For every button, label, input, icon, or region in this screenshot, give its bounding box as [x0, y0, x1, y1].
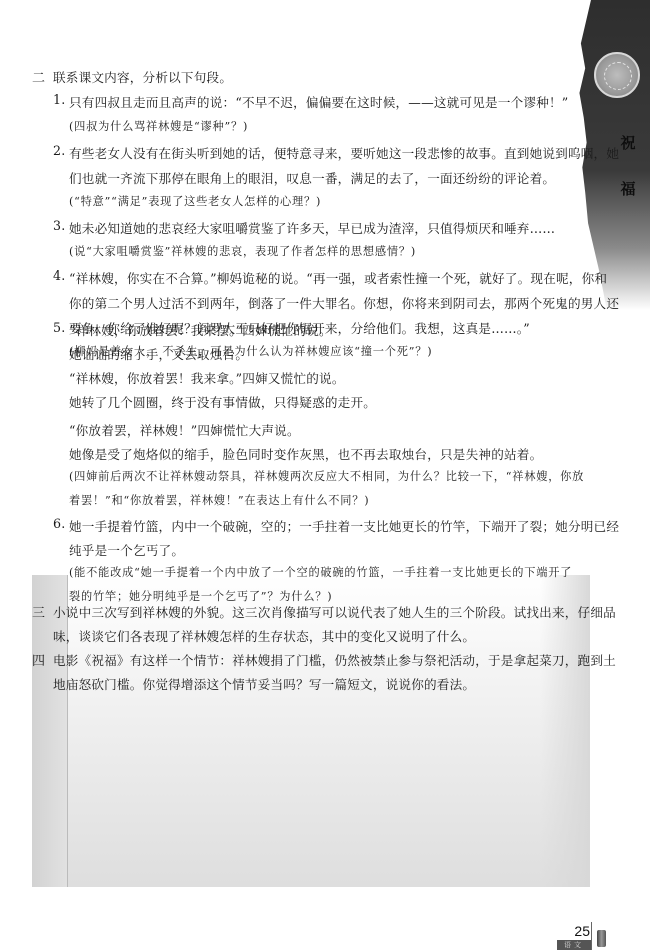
footer-divider	[591, 922, 592, 950]
item-2-question: (“特意”“满足”表现了这些老女人怎样的心理？)	[69, 193, 321, 209]
emblem-icon	[594, 52, 640, 98]
item-2-text-line-1: 有些老女人没有在街头听到她的话，便特意寻来，要听她这一段悲惨的故事。直到她说到呜…	[69, 143, 619, 162]
side-title-char-2: 福	[616, 178, 640, 199]
section-3-line-2: 味，谈谈它们各表现了祥林嫂怎样的生存状态，其中的变化又说明了什么。	[53, 626, 475, 645]
item-5-text-line-6: 她像是受了炮烙似的缩手，脸色同时变作灰黑，也不再去取烛台，只是失神的站着。	[69, 444, 542, 463]
item-6-text-line-2: 纯乎是一个乞丐了。	[69, 540, 184, 559]
side-title-char-1: 祝	[616, 132, 640, 153]
section-4-line-2: 地庙怒砍门槛。你觉得增添这个情节妥当吗？写一篇短文，说说你的看法。	[53, 674, 475, 693]
section-number-4: 四	[32, 650, 45, 669]
book-spine-icon	[597, 930, 606, 947]
item-5-text-line-3: “祥林嫂，你放着罢！我来拿。”四婶又慌忙的说。	[69, 368, 345, 387]
binding-line	[67, 575, 68, 887]
item-1-text: 只有四叔且走而且高声的说：“不早不迟，偏偏要在这时候，——这就可见是一个谬种！”	[69, 92, 568, 111]
item-1-number: 1.	[53, 92, 65, 107]
item-5-text-line-1: “祥林嫂，你放着罢！我来摆。”四婶慌忙的说。	[69, 320, 332, 339]
item-4-number: 4.	[53, 268, 65, 283]
item-1-question: (四叔为什么骂祥林嫂是“谬种”？)	[69, 118, 248, 134]
section-4-line-1: 电影《祝福》有这样一个情节：祥林嫂捐了门槛，仍然被禁止参与祭祀活动，于是拿起菜刀…	[53, 650, 616, 669]
item-2-text-line-2: 们也就一齐流下那停在眼角上的眼泪，叹息一番，满足的去了，一面还纷纷的评论着。	[69, 168, 555, 187]
item-5-question-line-2: 着罢！”和“你放着罢，祥林嫂！”在表达上有什么不同？)	[69, 492, 369, 508]
item-6-number: 6.	[53, 516, 65, 531]
item-5-text-line-4: 她转了几个圆圈，终于没有事情做，只得疑惑的走开。	[69, 392, 376, 411]
section-2-heading: 联系课文内容，分析以下句段。	[53, 67, 232, 86]
item-6-text-line-1: 她一手提着竹篮，内中一个破碗，空的；一手拄着一支比她更长的竹竿，下端开了裂；她分…	[69, 516, 619, 535]
item-6-question-line-1: (能不能改成“她一手提着一个内中放了一个空的破碗的竹篮，一手拄着一支比她更长的下…	[69, 564, 572, 580]
item-5-question-line-1: (四婶前后两次不让祥林嫂动祭具，祥林嫂两次反应大不相同，为什么？比较一下，“祥林…	[69, 468, 584, 484]
page-number: 25	[560, 923, 590, 939]
section-number-2: 二	[32, 67, 45, 86]
item-3-number: 3.	[53, 218, 65, 233]
item-5-number: 5.	[53, 320, 65, 335]
subject-label: 语文	[557, 940, 591, 950]
page-bottom-shading	[32, 575, 590, 887]
item-4-text-line-1: “祥林嫂，你实在不合算。”柳妈诡秘的说。“再一强，或者索性撞一个死，就好了。现在…	[69, 268, 607, 287]
section-3-line-1: 小说中三次写到祥林嫂的外貌。这三次肖像描写可以说代表了她人生的三个阶段。试找出来…	[53, 602, 616, 621]
item-2-number: 2.	[53, 143, 65, 158]
item-5-text-line-5: “你放着罢，祥林嫂！”四婶慌忙大声说。	[69, 420, 300, 439]
item-3-text: 她未必知道她的悲哀经大家咀嚼赏鉴了许多天，早已成为渣滓，只值得烦厌和唾弃……	[69, 218, 555, 237]
item-4-text-line-2: 你的第二个男人过活不到两年，倒落了一件大罪名。你想，你将来到阴司去，那两个死鬼的…	[69, 293, 619, 312]
item-5-text-line-2: 她讪讪的缩了手，又去取烛台。	[69, 344, 248, 363]
section-number-3: 三	[32, 602, 45, 621]
item-3-question: (说“大家咀嚼赏鉴”祥林嫂的悲哀，表现了作者怎样的思想感情？)	[69, 243, 416, 259]
binding-shadow	[32, 575, 68, 887]
edge-shadow	[540, 575, 590, 887]
